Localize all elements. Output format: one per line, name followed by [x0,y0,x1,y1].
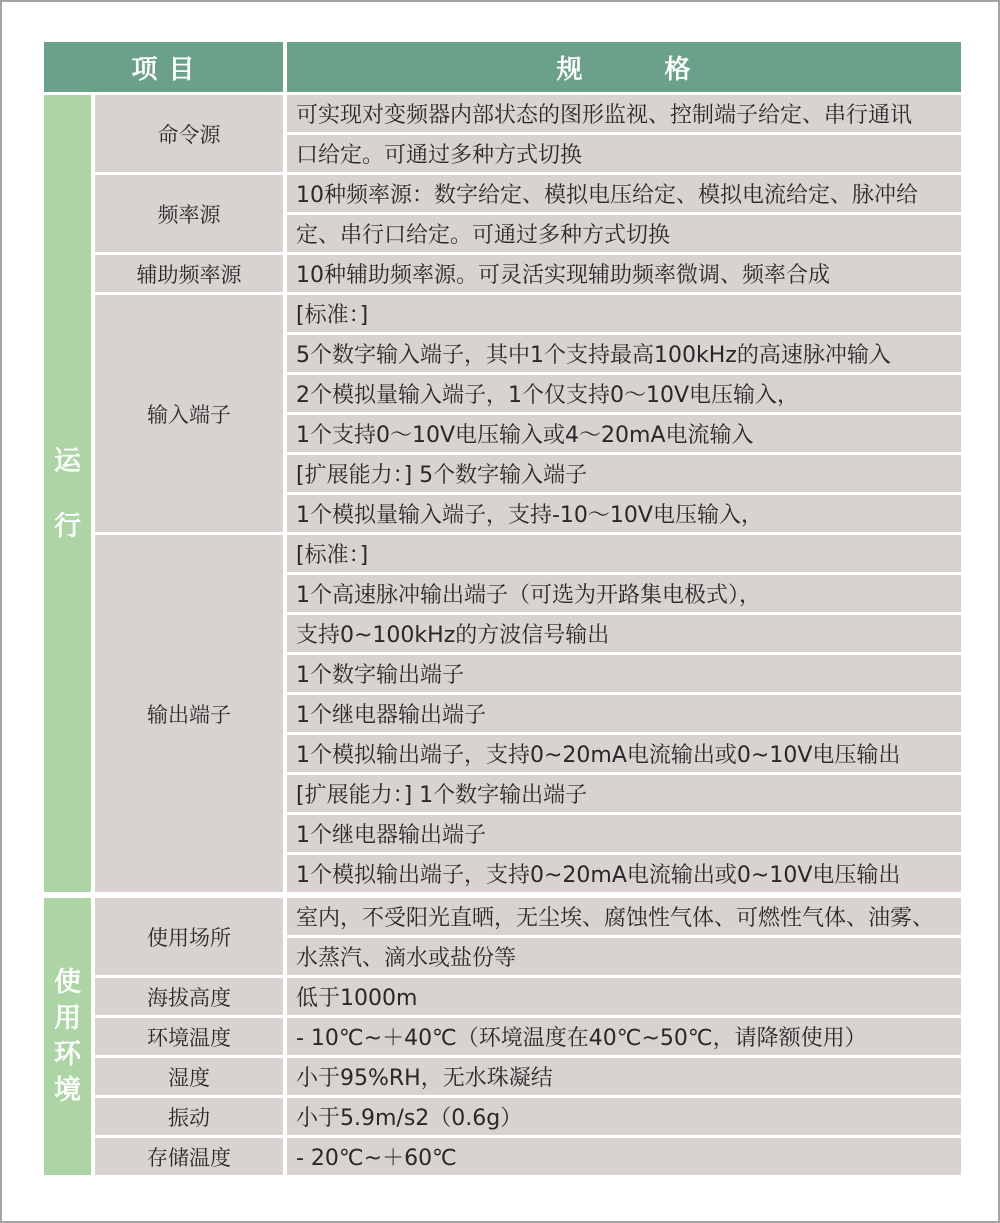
vertical-char: 用 [54,1005,81,1032]
item-label-cell: 命令源 [95,95,283,172]
spec-lines: 低于1000m [287,978,961,1015]
spec-lines: 小于95%RH，无水珠凝结 [287,1058,961,1095]
vertical-char: 使 [54,969,81,996]
spec-line-cell: 定、串行口给定。可通过多种方式切换 [287,215,961,252]
vertical-char: 运 [54,448,81,475]
spec-line-cell: 1个模拟输出端子，支持0~20mA电流输出或0~10V电压输出 [287,735,961,772]
section-vertical-label: 使用环境 [44,898,91,1175]
item-label-cell: 存储温度 [95,1138,283,1175]
table-section-使用环境: 使用环境使用场所室内，不受阳光直晒，无尘埃、腐蚀性气体、可燃性气体、油雾、水蒸汽… [44,898,961,1175]
section-groups: 命令源可实现对变频器内部状态的图形监视、控制端子给定、串行通讯口给定。可通过多种… [95,95,961,892]
spec-group-row: 振动小于5.9m/s2（0.6g） [95,1098,961,1135]
vertical-char: 行 [54,513,81,540]
item-label-cell: 输出端子 [95,535,283,892]
item-label-cell: 海拔高度 [95,978,283,1015]
spec-line-cell: 1个继电器输出端子 [287,815,961,852]
spec-table: 项 目 规 格 运行命令源可实现对变频器内部状态的图形监视、控制端子给定、串行通… [44,42,961,1175]
spec-line-cell: 2个模拟量输入端子，1个仅支持0～10V电压输入， [287,375,961,412]
spec-line-cell: 10种频率源：数字给定、模拟电压给定、模拟电流给定、脉冲给 [287,175,961,212]
spec-line-cell: [扩展能力：] 1个数字输出端子 [287,775,961,812]
vertical-char: 环 [54,1041,81,1068]
spec-line-cell: [标准：] [287,535,961,572]
spec-lines: 10种辅助频率源。可灵活实现辅助频率微调、频率合成 [287,255,961,292]
section-vertical-label: 运行 [44,95,91,892]
section-groups: 使用场所室内，不受阳光直晒，无尘埃、腐蚀性气体、可燃性气体、油雾、水蒸汽、滴水或… [95,898,961,1175]
spec-lines: 可实现对变频器内部状态的图形监视、控制端子给定、串行通讯口给定。可通过多种方式切… [287,95,961,172]
spec-line-cell: 1个数字输出端子 [287,655,961,692]
spec-line-cell: 室内，不受阳光直晒，无尘埃、腐蚀性气体、可燃性气体、油雾、 [287,898,961,935]
spec-line-cell: 10种辅助频率源。可灵活实现辅助频率微调、频率合成 [287,255,961,292]
spec-lines: - 10℃~＋40℃（环境温度在40℃~50℃，请降额使用） [287,1018,961,1055]
spec-line-cell: 1个模拟输出端子，支持0~20mA电流输出或0~10V电压输出 [287,855,961,892]
spec-line-cell: 1个高速脉冲输出端子（可选为开路集电极式）， [287,575,961,612]
spec-group-row: 存储温度- 20℃~＋60℃ [95,1138,961,1175]
header-item-cell: 项 目 [44,42,283,92]
spec-line-cell: [扩展能力：] 5个数字输入端子 [287,455,961,492]
spec-lines: 小于5.9m/s2（0.6g） [287,1098,961,1135]
spec-group-row: 命令源可实现对变频器内部状态的图形监视、控制端子给定、串行通讯口给定。可通过多种… [95,95,961,172]
spec-lines: 室内，不受阳光直晒，无尘埃、腐蚀性气体、可燃性气体、油雾、水蒸汽、滴水或盐份等 [287,898,961,975]
item-label-cell: 频率源 [95,175,283,252]
spec-line-cell: 1个继电器输出端子 [287,695,961,732]
spec-lines: [标准：]5个数字输入端子，其中1个支持最高100kHz的高速脉冲输入2个模拟量… [287,295,961,532]
spec-line-cell: - 20℃~＋60℃ [287,1138,961,1175]
spec-line-cell: 低于1000m [287,978,961,1015]
spec-group-row: 输入端子[标准：]5个数字输入端子，其中1个支持最高100kHz的高速脉冲输入2… [95,295,961,532]
header-spec-cell: 规 格 [287,42,961,92]
spec-group-row: 输出端子[标准：]1个高速脉冲输出端子（可选为开路集电极式），支持0~100kH… [95,535,961,892]
item-label-cell: 辅助频率源 [95,255,283,292]
spec-sheet-page: 项 目 规 格 运行命令源可实现对变频器内部状态的图形监视、控制端子给定、串行通… [0,0,1000,1223]
spec-line-cell: 小于95%RH，无水珠凝结 [287,1058,961,1095]
spec-group-row: 环境温度- 10℃~＋40℃（环境温度在40℃~50℃，请降额使用） [95,1018,961,1055]
spec-line-cell: [标准：] [287,295,961,332]
spec-lines: - 20℃~＋60℃ [287,1138,961,1175]
spec-line-cell: 可实现对变频器内部状态的图形监视、控制端子给定、串行通讯 [287,95,961,132]
spec-line-cell: 水蒸汽、滴水或盐份等 [287,938,961,975]
spec-group-row: 湿度小于95%RH，无水珠凝结 [95,1058,961,1095]
table-header-row: 项 目 规 格 [44,42,961,92]
spec-line-cell: 口给定。可通过多种方式切换 [287,135,961,172]
spec-line-cell: 支持0~100kHz的方波信号输出 [287,615,961,652]
spec-lines: 10种频率源：数字给定、模拟电压给定、模拟电流给定、脉冲给定、串行口给定。可通过… [287,175,961,252]
spec-line-cell: 5个数字输入端子，其中1个支持最高100kHz的高速脉冲输入 [287,335,961,372]
spec-group-row: 辅助频率源10种辅助频率源。可灵活实现辅助频率微调、频率合成 [95,255,961,292]
spec-group-row: 使用场所室内，不受阳光直晒，无尘埃、腐蚀性气体、可燃性气体、油雾、水蒸汽、滴水或… [95,898,961,975]
item-label-cell: 使用场所 [95,898,283,975]
item-label-cell: 湿度 [95,1058,283,1095]
vertical-char: 境 [54,1077,81,1104]
spec-group-row: 海拔高度低于1000m [95,978,961,1015]
item-label-cell: 输入端子 [95,295,283,532]
spec-lines: [标准：]1个高速脉冲输出端子（可选为开路集电极式），支持0~100kHz的方波… [287,535,961,892]
spec-line-cell: - 10℃~＋40℃（环境温度在40℃~50℃，请降额使用） [287,1018,961,1055]
item-label-cell: 振动 [95,1098,283,1135]
spec-line-cell: 1个支持0～10V电压输入或4～20mA电流输入 [287,415,961,452]
spec-line-cell: 1个模拟量输入端子，支持-10～10V电压输入， [287,495,961,532]
item-label-cell: 环境温度 [95,1018,283,1055]
spec-line-cell: 小于5.9m/s2（0.6g） [287,1098,961,1135]
table-body: 运行命令源可实现对变频器内部状态的图形监视、控制端子给定、串行通讯口给定。可通过… [44,95,961,1175]
spec-group-row: 频率源10种频率源：数字给定、模拟电压给定、模拟电流给定、脉冲给定、串行口给定。… [95,175,961,252]
table-section-运行: 运行命令源可实现对变频器内部状态的图形监视、控制端子给定、串行通讯口给定。可通过… [44,95,961,892]
